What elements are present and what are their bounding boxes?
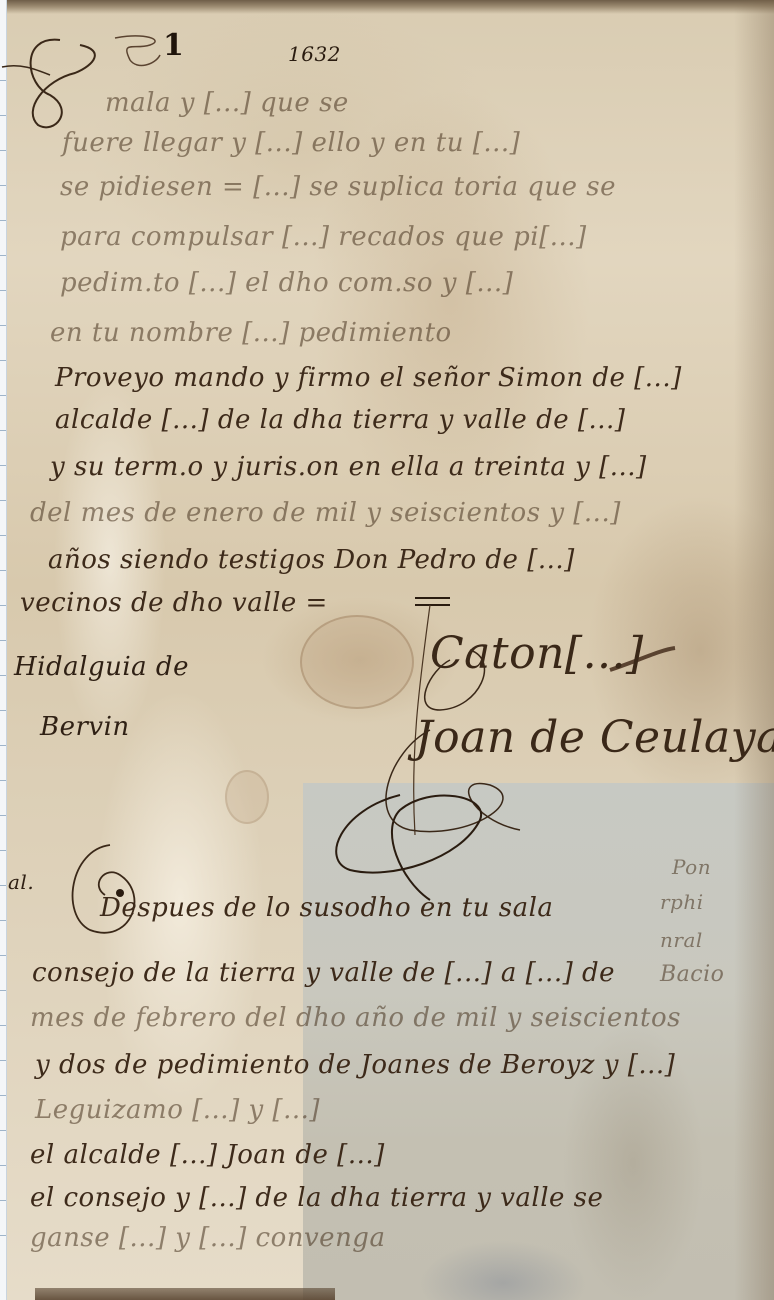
- margin-note-lower: al.: [8, 870, 34, 894]
- body-line: del mes de enero de mil y seiscientos y …: [30, 498, 621, 528]
- body-line: pedim.to [...] el dho com.so y [...]: [60, 268, 513, 298]
- right-margin-fragment: Pon: [672, 855, 711, 879]
- body-line: Despues de lo susodho en tu sala: [100, 893, 553, 923]
- body-line: ganse [...] y [...] convenga: [30, 1223, 385, 1253]
- margin-tick: [0, 290, 6, 291]
- margin-tick: [0, 1200, 6, 1201]
- margin-tick: [0, 605, 6, 606]
- margin-tick: [0, 675, 6, 676]
- margin-tick: [0, 500, 6, 501]
- body-line: fuere llegar y [...] ello y en tu [...]: [62, 128, 520, 158]
- body-line: mala y [...] que se: [105, 88, 349, 118]
- margin-tick: [0, 1060, 6, 1061]
- margin-tick: [0, 1025, 6, 1026]
- margin-tick: [0, 465, 6, 466]
- signature-line-1: Caton[...]: [430, 628, 644, 679]
- margin-tick: [0, 710, 6, 711]
- body-line: Leguizamo [...] y [...]: [35, 1095, 320, 1125]
- scan-margin-strip: [0, 0, 7, 1300]
- margin-tick: [0, 255, 6, 256]
- body-line: y su term.o y juris.on en ella a treinta…: [50, 452, 647, 482]
- margin-tick: [0, 535, 6, 536]
- body-line: se pidiesen = [...] se suplica toria que…: [60, 172, 616, 202]
- margin-tick: [0, 150, 6, 151]
- margin-tick: [0, 325, 6, 326]
- margin-tick: [0, 955, 6, 956]
- page-top-edge: [0, 0, 774, 14]
- margin-tick: [0, 815, 6, 816]
- initial-d-icon: [50, 835, 160, 945]
- water-stain: [225, 770, 269, 824]
- body-line: en tu nombre [...] pedimiento: [50, 318, 452, 348]
- margin-tick: [0, 430, 6, 431]
- right-margin-fragment: Bacio: [660, 962, 724, 987]
- margin-tick: [0, 780, 6, 781]
- initial-flourish-icon: [0, 25, 120, 145]
- margin-tick: [0, 990, 6, 991]
- signature-line-2: Joan de Ceulaya: [415, 712, 774, 763]
- margin-title-line-2: Bervin: [40, 712, 130, 742]
- margin-tick: [0, 920, 6, 921]
- body-line: mes de febrero del dho año de mil y seis…: [30, 1003, 681, 1033]
- body-line: años siendo testigos Don Pedro de [...]: [48, 545, 575, 575]
- body-line: Proveyo mando y firmo el señor Simon de …: [55, 363, 682, 393]
- margin-tick: [0, 640, 6, 641]
- right-margin-fragment: nral: [660, 928, 703, 952]
- page-right-edge: [734, 0, 774, 1300]
- margin-tick: [0, 1130, 6, 1131]
- margin-tick: [0, 850, 6, 851]
- margin-title-line-1: Hidalguia de: [14, 652, 189, 682]
- margin-tick: [0, 745, 6, 746]
- bottom-edge-shadow: [35, 1288, 335, 1300]
- margin-tick: [0, 570, 6, 571]
- body-line: consejo de la tierra y valle de [...] a …: [32, 958, 615, 988]
- document-year: 1632: [288, 42, 341, 66]
- margin-tick: [0, 1095, 6, 1096]
- manuscript-page: 1 1632 mala y [...] que se fuere llegar …: [0, 0, 774, 1300]
- margin-tick: [0, 1165, 6, 1166]
- large-initial-d-icon: [320, 790, 500, 910]
- body-line: para compulsar [...] recados que pi[...]: [60, 222, 587, 252]
- margin-tick: [0, 1235, 6, 1236]
- margin-tick: [0, 395, 6, 396]
- body-line: y dos de pedimiento de Joanes de Beroyz …: [35, 1050, 675, 1080]
- body-line: alcalde [...] de la dha tierra y valle d…: [55, 405, 625, 435]
- margin-tick: [0, 185, 6, 186]
- body-line: el alcalde [...] Joan de [...]: [30, 1140, 385, 1170]
- body-line: vecinos de dho valle =: [20, 588, 328, 618]
- folio-number: 1: [163, 28, 184, 63]
- right-margin-fragment: rphi: [660, 890, 704, 914]
- body-line: el consejo y [...] de la dha tierra y va…: [30, 1183, 603, 1213]
- margin-tick: [0, 220, 6, 221]
- margin-tick: [0, 360, 6, 361]
- margin-tick: [0, 885, 6, 886]
